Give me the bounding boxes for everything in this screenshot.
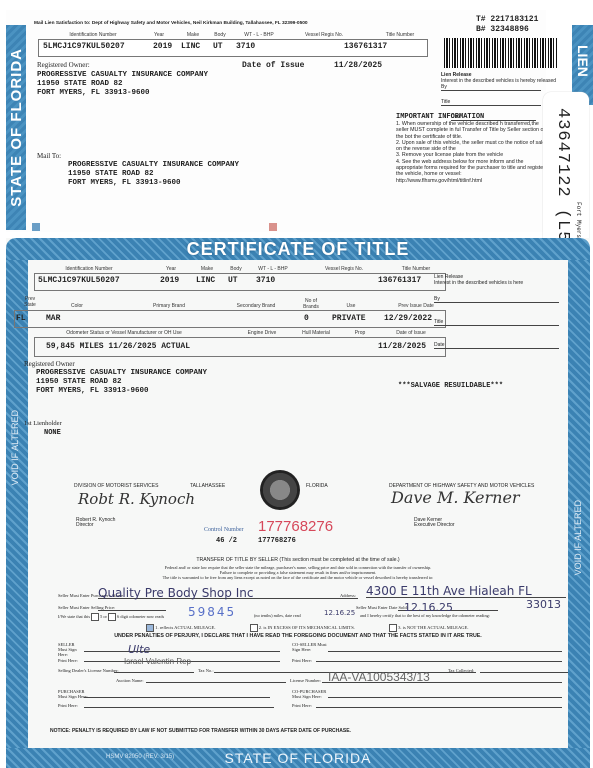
license-number-field[interactable]: IAA-VA1005343/13 — [322, 668, 562, 683]
odometer-status: 59,845 MILES 11/26/2025 ACTUAL — [46, 342, 190, 351]
lienholder: NONE — [44, 429, 61, 437]
purchaser-address-field[interactable]: 4300 E 11th Ave Hialeah FL — [366, 582, 566, 598]
barcode — [444, 38, 558, 68]
stub-weight: 3710 — [236, 42, 255, 51]
purchaser-signature-field[interactable] — [84, 690, 270, 698]
brand-note: ***SALVAGE RESUILDABLE*** — [398, 382, 503, 390]
stub-title-number: 136761317 — [344, 42, 387, 51]
no-of-brands: 0 — [304, 314, 309, 323]
auction-name-field[interactable] — [146, 676, 286, 683]
year: 2019 — [160, 276, 179, 285]
body: UT — [228, 276, 238, 285]
mileage-option-actual[interactable]: 1. reflects ACTUAL MILEAGE. — [146, 624, 216, 632]
vin: 5LMCJ1C97KUL50207 — [38, 276, 120, 285]
title-stub: STATE OF FLORIDA Mail Lien Satisfaction … — [6, 10, 546, 232]
dealer-license-field[interactable] — [114, 666, 194, 673]
stub-date-of-issue: 11/28/2025 — [334, 61, 382, 70]
odometer-statement: I/We state that this 5 or 6 digit odomet… — [58, 613, 164, 621]
date-read[interactable]: 12.16.25 — [324, 609, 355, 617]
transfer-heading: TRANSFER OF TITLE BY SELLER (This sectio… — [6, 557, 590, 563]
selling-price-field[interactable] — [98, 604, 166, 611]
date-of-issue: 11/28/2025 — [378, 342, 426, 351]
executive-signature: Dave M. Kerner — [391, 488, 520, 507]
zip-code: 33013 — [526, 598, 561, 611]
control-number: 177768276 — [258, 518, 333, 535]
copurchaser-print-field[interactable] — [316, 701, 562, 708]
mail-lien-instructions: Mail Lien Satisfaction to: Dept of Highw… — [34, 21, 308, 26]
stub-field-row: Identification Number Year Make Body WT … — [38, 32, 394, 58]
title-number: 136761317 — [378, 276, 421, 285]
stub-body: UT — [213, 42, 223, 51]
director-signature: Robt R. Kynoch — [78, 490, 195, 508]
stub-year: 2019 — [153, 42, 172, 51]
date-sold-field[interactable]: 12.16.25 — [398, 598, 498, 611]
right-border: VOID IF ALTERED — [568, 260, 590, 748]
stub-mail-to: PROGRESSIVE CASUALTY INSURANCE COMPANY 1… — [68, 161, 239, 188]
stub-owner: PROGRESSIVE CASUALTY INSURANCE COMPANY 1… — [37, 71, 208, 98]
cert-lien-release: Lien Release Interest in the described v… — [434, 274, 559, 349]
coseller-print-field[interactable] — [316, 654, 562, 662]
stub-make: LINC — [181, 42, 200, 51]
seller-print-field[interactable]: Israel Valentin Rep — [84, 651, 280, 662]
cert-row-2: Prev State Color Primary Brand Secondary… — [14, 296, 446, 328]
mileage-options: 1. reflects ACTUAL MILEAGE. 2. is IN EXC… — [146, 624, 586, 632]
cert-row-1: Identification Number Year Make Body WT … — [34, 266, 446, 292]
tracking-numbers: T# 2217183121 B# 32348896 — [476, 15, 538, 35]
state-of-florida-band: STATE OF FLORIDA — [6, 25, 26, 230]
certificate-banner: CERTIFICATE OF TITLE — [6, 238, 590, 260]
cert-lien-date-line[interactable]: Date — [434, 342, 559, 349]
bottom-banner: HSMV 82050 (REV. 3/15) STATE OF FLORIDA — [6, 748, 590, 768]
purchaser-name-field[interactable]: Quality Pre Body Shop Inc — [98, 584, 358, 599]
prev-issue-date: 12/29/2022 — [384, 314, 432, 323]
make: LINC — [196, 276, 215, 285]
stub-vin: 5LMCJ1C97KUL50207 — [43, 42, 125, 51]
cert-row-3: Odometer Status or Vessel Manufacturer o… — [34, 330, 446, 358]
copurchaser-signature-field[interactable] — [328, 690, 562, 698]
purchaser-print-field[interactable] — [84, 701, 274, 708]
lien-by-line[interactable]: By — [441, 84, 541, 91]
use: PRIVATE — [332, 314, 366, 323]
prev-state: FL — [16, 314, 26, 323]
left-border: VOID IF ALTERED — [6, 260, 28, 748]
perjury-statement: UNDER PENALTIES OF PERJURY, I DECLARE TH… — [6, 633, 590, 639]
penalty-notice: NOTICE: PENALTY IS REQUIRED BY LAW IF NO… — [50, 728, 351, 734]
state-seal — [260, 470, 300, 510]
cert-lien-title-line[interactable]: Title — [434, 319, 559, 326]
mileage-option-not-actual[interactable]: 3. is NOT THE ACTUAL MILEAGE. — [389, 624, 469, 632]
weight: 3710 — [256, 276, 275, 285]
registration-mark-red — [269, 223, 277, 231]
mileage-option-excess[interactable]: 2. is IN EXCESS OF ITS MECHANICAL LIMITS… — [250, 624, 355, 632]
cert-lien-by-line[interactable]: By — [434, 296, 559, 303]
five-digit-checkbox[interactable] — [91, 613, 99, 621]
important-information: IMPORTANT INFORMATION 1. When ownership … — [396, 113, 546, 184]
registration-mark-blue — [32, 223, 40, 231]
color: MAR — [46, 314, 60, 323]
sticker-location: Fort Myers — [575, 202, 582, 238]
six-digit-checkbox[interactable] — [108, 613, 116, 621]
coseller-signature-field[interactable] — [328, 640, 562, 652]
odometer-reading[interactable]: 59845 — [188, 605, 236, 619]
cert-owner: PROGRESSIVE CASUALTY INSURANCE COMPANY 1… — [36, 369, 207, 396]
certificate-of-title: CERTIFICATE OF TITLE VOID IF ALTERED VOI… — [6, 238, 590, 768]
lien-title-line[interactable]: Title — [441, 99, 541, 106]
